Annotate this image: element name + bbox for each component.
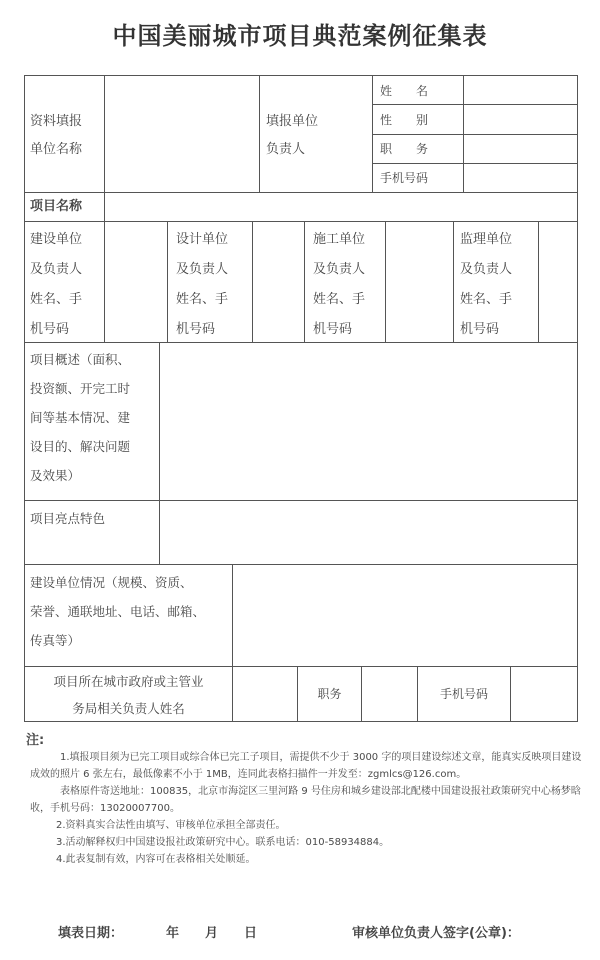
notes-heading: 注: [26,732,590,749]
col-divider [463,75,464,192]
label-line: 及负责人 [313,255,365,285]
leader-field-position: 职 务 [380,135,428,163]
designer-unit-label: 设计单位 及负责人 姓名、手 机号码 [176,225,228,345]
label-line: 投资额、开完工时 [30,374,130,403]
label-line: 间等基本情况、建 [30,403,130,432]
label-line: 机号码 [176,315,228,345]
label-line: 姓名、手 [460,285,512,315]
note-item: 1.填报项目须为已完工项目或综合体已完工子项目，需提供不少于 3000 字的项目… [30,749,590,783]
col-divider [510,666,511,722]
col-divider [104,192,105,221]
leader-field-name: 姓 名 [380,77,428,105]
row-divider [24,192,578,193]
builder-info-label: 建设单位情况（规模、资质、 荣誉、通联地址、电话、邮箱、 传真等） [30,568,205,655]
col-divider [297,666,298,722]
highlights-input[interactable] [161,502,577,563]
gov-position-label: 职务 [299,680,360,708]
col-divider [232,564,233,666]
label-line: 项目所在城市政府或主管业 [26,668,231,695]
label-line: 项目概述（面积、 [30,345,130,374]
col-divider [159,342,160,564]
row-divider [24,221,578,222]
leader-gender-input[interactable] [465,106,577,133]
col-divider [232,666,233,722]
builder-info-input[interactable] [234,566,577,665]
leader-position-input[interactable] [465,136,577,162]
label-line: 及负责人 [30,255,82,285]
constructor-unit-label: 施工单位 及负责人 姓名、手 机号码 [313,225,365,345]
gov-contact-label: 项目所在城市政府或主管业 务局相关负责人姓名 [26,668,231,722]
label-line: 姓名、手 [313,285,365,315]
col-divider [104,75,105,192]
label-line: 建设单位 [30,225,82,255]
gov-phone-label: 手机号码 [419,680,509,708]
note-item: 4.此表复制有效，内容可在表格相关处顺延。 [30,851,590,868]
col-divider [252,221,253,342]
label-line: 传真等） [30,626,205,655]
col-divider [167,221,168,342]
label-line: 及负责人 [460,255,512,285]
label-line: 姓名、手 [30,285,82,315]
note-item: 3.活动解释权归中国建设报社政策研究中心。联系电话：010-58934884。 [30,834,590,851]
builder-unit-input[interactable] [106,223,166,341]
leader-phone-input[interactable] [465,165,577,191]
notes-section: 注: 1.填报项目须为已完工项目或综合体已完工子项目，需提供不少于 3000 字… [30,732,590,868]
leader-name-input[interactable] [465,77,577,103]
leader-field-gender: 性 别 [380,106,428,134]
label-line: 及效果） [30,461,130,490]
label-line: 设计单位 [176,225,228,255]
overview-input[interactable] [161,344,577,499]
label-line: 资料填报 [30,108,82,136]
label-line: 设目的、解决问题 [30,432,130,461]
note-item: 2.资料真实合法性由填写、审核单位承担全部责任。 [30,817,590,834]
supervisor-unit-input[interactable] [540,223,577,341]
col-divider [538,221,539,342]
col-divider [361,666,362,722]
year-label: 年 [166,922,179,941]
signature-label: 审核单位负责人签字(公章)： [352,922,520,941]
supervisor-unit-label: 监理单位 及负责人 姓名、手 机号码 [460,225,512,345]
reporting-unit-label: 资料填报 单位名称 [30,108,82,164]
col-divider [385,221,386,342]
constructor-unit-input[interactable] [387,223,452,341]
col-divider [259,75,260,192]
row-divider [24,564,578,565]
overview-label: 项目概述（面积、 投资额、开完工时 间等基本情况、建 设目的、解决问题 及效果） [30,345,130,490]
form-title: 中国美丽城市项目典范案例征集表 [0,16,600,51]
project-name-label: 项目名称 [30,193,82,221]
label-line: 建设单位情况（规模、资质、 [30,568,205,597]
col-divider [417,666,418,722]
label-line: 监理单位 [460,225,512,255]
label-line: 荣誉、通联地址、电话、邮箱、 [30,597,205,626]
reporting-unit-input[interactable] [106,77,258,191]
gov-position-input[interactable] [363,668,416,721]
col-divider [304,221,305,342]
builder-unit-label: 建设单位 及负责人 姓名、手 机号码 [30,225,82,345]
gov-phone-input[interactable] [512,668,577,721]
month-label: 月 [205,922,218,941]
gov-contact-name-input[interactable] [234,668,296,721]
highlights-label: 项目亮点特色 [30,505,105,533]
label-line: 及负责人 [176,255,228,285]
label-line: 填报单位 [266,108,318,136]
day-label: 日 [244,922,257,941]
note-item: 表格原件寄送地址：100835，北京市海淀区三里河路 9 号住房和城乡建设部北配… [30,783,590,817]
col-divider [453,221,454,342]
project-name-input[interactable] [106,194,577,220]
label-line: 施工单位 [313,225,365,255]
label-line: 单位名称 [30,136,82,164]
label-line: 负责人 [266,136,318,164]
label-line: 机号码 [30,315,82,345]
fill-date-label: 填表日期： [58,922,123,941]
col-divider [104,221,105,342]
row-divider [24,500,578,501]
leader-field-phone: 手机号码 [380,164,428,192]
reporting-leader-label: 填报单位 负责人 [266,108,318,164]
designer-unit-input[interactable] [254,223,303,341]
col-divider [372,75,373,192]
label-line: 务局相关负责人姓名 [26,695,231,722]
label-line: 机号码 [460,315,512,345]
label-line: 机号码 [313,315,365,345]
label-line: 姓名、手 [176,285,228,315]
row-divider [24,666,578,667]
